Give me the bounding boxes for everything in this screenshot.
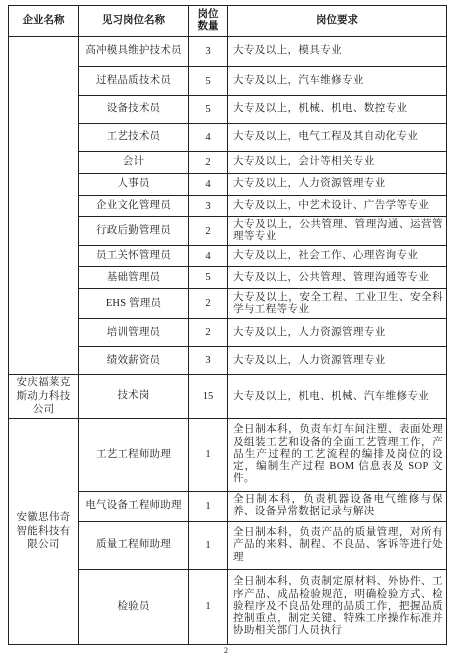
requirement-cell: 大专及以上，人力资源管理专业	[228, 174, 447, 196]
header-position: 见习岗位名称	[79, 6, 189, 37]
requirement-cell: 大专及以上，公共管理、管理沟通、运营管理等专业	[228, 217, 447, 246]
count-cell: 3	[189, 347, 228, 375]
position-cell: EHS 管理员	[79, 289, 189, 319]
count-cell: 4	[189, 174, 228, 196]
count-cell: 5	[189, 267, 228, 289]
position-cell: 技术岗	[79, 375, 189, 419]
position-cell: 检验员	[79, 569, 189, 644]
count-cell: 3	[189, 196, 228, 217]
header-row: 企业名称 见习岗位名称 岗位 数量 岗位要求	[9, 6, 447, 37]
position-cell: 行政后勤管理员	[79, 217, 189, 246]
company-cell	[9, 37, 79, 375]
company-cell: 安庆福莱克斯动力科技公司	[9, 375, 79, 419]
requirement-cell: 大专及以上，机电、机械、汽车维修专业	[228, 375, 447, 419]
internship-positions-table: 企业名称 见习岗位名称 岗位 数量 岗位要求 高冲模具维护技术员 3 大专及以上…	[8, 5, 447, 645]
position-cell: 质量工程师助理	[79, 521, 189, 569]
table-row: 高冲模具维护技术员 3 大专及以上，模具专业	[9, 37, 447, 67]
position-cell: 电气设备工程师助理	[79, 491, 189, 521]
table-row: 安庆福莱克斯动力科技公司 技术岗 15 大专及以上，机电、机械、汽车维修专业	[9, 375, 447, 419]
requirement-cell: 全日制本科，负责车灯车间注塑、表面处理及组装工艺和设备的全面工艺管理工作，产品生…	[228, 418, 447, 491]
count-cell: 2	[189, 152, 228, 174]
header-count: 岗位 数量	[189, 6, 228, 37]
position-cell: 员工关怀管理员	[79, 246, 189, 267]
table-row: 安徽思伟奇智能科技有限公司 工艺工程师助理 1 全日制本科，负责车灯车间注塑、表…	[9, 418, 447, 491]
count-cell: 5	[189, 96, 228, 124]
count-cell: 4	[189, 246, 228, 267]
count-cell: 1	[189, 491, 228, 521]
count-cell: 1	[189, 521, 228, 569]
position-cell: 绩效薪资员	[79, 347, 189, 375]
count-cell: 1	[189, 569, 228, 644]
header-count-line1: 岗位	[190, 9, 226, 21]
requirement-cell: 大专及以上，电气工程及其自动化专业	[228, 124, 447, 152]
count-cell: 2	[189, 289, 228, 319]
requirement-cell: 大专及以上，人力资源管理专业	[228, 347, 447, 375]
requirement-cell: 大专及以上，人力资源管理专业	[228, 319, 447, 347]
position-cell: 工艺工程师助理	[79, 418, 189, 491]
count-cell: 2	[189, 319, 228, 347]
count-cell: 2	[189, 217, 228, 246]
position-cell: 高冲模具维护技术员	[79, 37, 189, 67]
position-cell: 人事员	[79, 174, 189, 196]
requirement-cell: 全日制本科，负责机器设备电气维修与保养、设备异常数据记录与解决	[228, 491, 447, 521]
position-cell: 会计	[79, 152, 189, 174]
requirement-cell: 大专及以上，汽车维修专业	[228, 67, 447, 96]
count-cell: 3	[189, 37, 228, 67]
requirement-cell: 大专及以上，中艺术设计、广告学等专业	[228, 196, 447, 217]
requirement-cell: 大专及以上，会计等相关专业	[228, 152, 447, 174]
page-number: 2	[0, 646, 452, 655]
count-cell: 15	[189, 375, 228, 419]
requirement-cell: 大专及以上，安全工程、工业卫生、安全科学与工程等专业	[228, 289, 447, 319]
requirement-cell: 全日制本科，负责制定原材料、外协件、工序产品、成品检验规范，明确检验方式、检验程…	[228, 569, 447, 644]
header-company: 企业名称	[9, 6, 79, 37]
requirement-cell: 全日制本科，负责产品的质量管理，对所有产品的来料、制程、不良品、客诉等进行处理	[228, 521, 447, 569]
position-cell: 过程品质技术员	[79, 67, 189, 96]
company-cell: 安徽思伟奇智能科技有限公司	[9, 418, 79, 644]
position-cell: 企业文化管理员	[79, 196, 189, 217]
count-cell: 4	[189, 124, 228, 152]
requirement-cell: 大专及以上，模具专业	[228, 37, 447, 67]
header-count-line2: 数量	[190, 21, 226, 33]
requirement-cell: 大专及以上，公共管理、管理沟通等专业	[228, 267, 447, 289]
requirement-cell: 大专及以上，机械、机电、数控专业	[228, 96, 447, 124]
position-cell: 培训管理员	[79, 319, 189, 347]
requirement-cell: 大专及以上，社会工作、心理咨询专业	[228, 246, 447, 267]
count-cell: 5	[189, 67, 228, 96]
position-cell: 基础管理员	[79, 267, 189, 289]
count-cell: 1	[189, 418, 228, 491]
position-cell: 工艺技术员	[79, 124, 189, 152]
position-cell: 设备技术员	[79, 96, 189, 124]
header-requirement: 岗位要求	[228, 6, 447, 37]
